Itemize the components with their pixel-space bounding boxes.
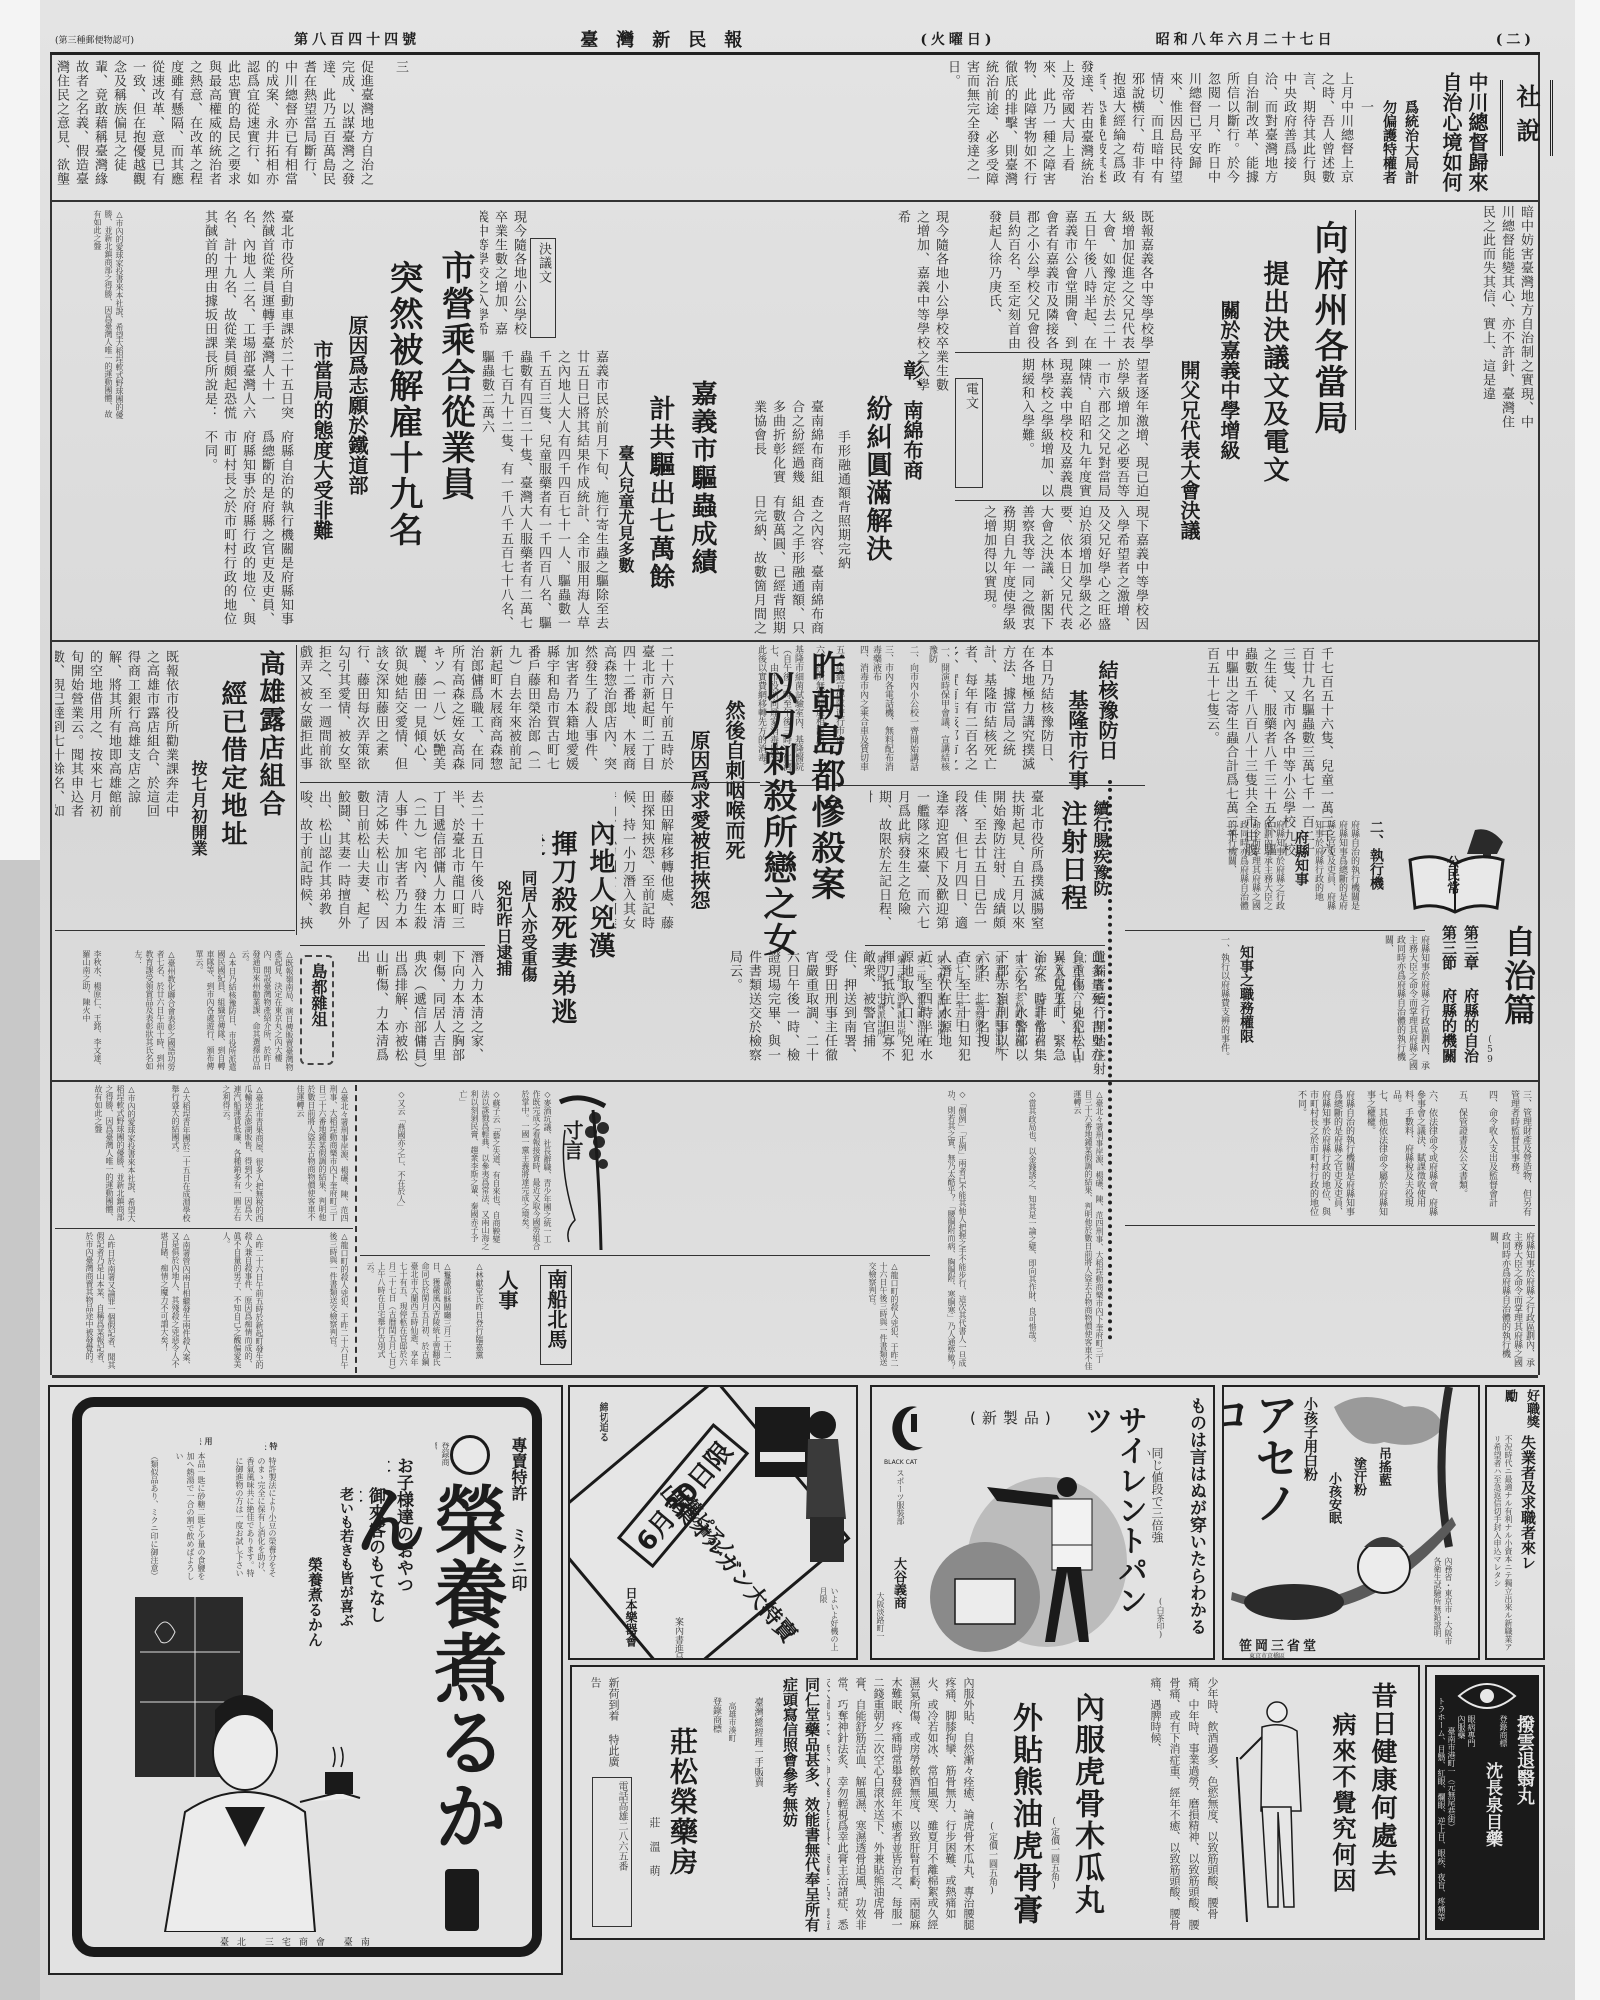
jobs-headline: 失業者及求職者來レ [1515, 1435, 1539, 1625]
price-note: 同じ値段で三倍強い [1147, 1447, 1163, 1547]
issue-number: 第八百四十四號 [294, 29, 420, 49]
knife-kicker-1: 同居人亦受重傷 [515, 870, 539, 1020]
note-item: △南署管內兩日相繼發生兩件殺人案、又是俱於內地人、其殘殺之兇惡令人不堪目睹、痴情… [120, 1232, 192, 1372]
tier-rule-2 [52, 640, 1538, 642]
chiayi-school-body-2: 望者逐年激增、現已迫於學級增加之必要吾等一市六郡之父兄對當局陳情、自昭和九年度實… [990, 358, 1150, 498]
medicine-trademark: 登錄商標 [702, 1697, 722, 1747]
divider [360, 1255, 930, 1256]
vertical-column-title: 南船北馬 [540, 1265, 572, 1365]
athlete-illustration [927, 1467, 1127, 1657]
note-item: ◇「側例」「正例」兩者已不能其他人把握之手不能步行、這次其代書人一旦成功、則若其… [900, 1090, 968, 1370]
civics-illustration-label: 公民常識 [1440, 855, 1462, 895]
knife-subhead: 揮刀殺死妻弟逃走 [542, 830, 578, 1030]
civics-continued-2: 府縣知事於府縣之行政區劃內、承主務大臣之命令而掌理其府縣之國政同時亦爲府縣自治體… [1115, 1232, 1535, 1372]
knife-body-2: 潛入力本清之家、下向力本清之胸部刺傷、同居人吉里典次（遞信部傭員）出爲排解、亦被… [340, 950, 485, 1075]
eye-indications: トラホーム、目翳、紅眼、爛眼、逆上目、眼疾、夜盲、疼痛等專効 [1435, 1697, 1447, 1927]
asenoko-ad[interactable]: アセノコ 小孩子用白粉 吊搖藍 塗汗粉 小孩安眠 內務省・東京市・大阪市 各衛生… [1222, 1385, 1480, 1660]
edition-note: (第三種郵便物認可) [55, 33, 134, 46]
cloth-body-2: 查之內容、臺南綿布商組合之手形融通額、只有數萬圓、已經背照期日完納、故數箇月間之… [750, 495, 825, 635]
new-arrival-note: 新荷到着 特此廣告 [582, 1677, 622, 1767]
resolution-body: 現今隨各地小公學校卒業生數之增加、嘉義中等學校之入學希 [480, 210, 528, 345]
personnel-item: △鬘嚴耶穌關廳三月二十二日、獲嚴風內苦陵統上曾翻氏命同氏於閑月五月初、於古鋼臺北… [365, 1262, 453, 1372]
caution-text: （類似品あり、ミクニ印に御注意） [140, 1452, 160, 1582]
divider [300, 782, 760, 783]
telegram-label: 電文 [955, 378, 983, 488]
divider [296, 645, 297, 935]
eiyoukan-ad[interactable]: 登録商標 專賣特許 ミクニ印 榮養煮るかん お子様達のおやつに 御來客のもてなし… [48, 1385, 563, 1975]
mark-label: ミクニ印 [505, 1527, 529, 1597]
medicine-distributor-note: 臺灣總經理一手販賣 [747, 1697, 763, 1897]
note-item: △臺北々署刑事岸源、楊碾、陳、范四刑事、大稻埕動商樂市內下奎府町三丁目三十六番地… [270, 1085, 350, 1225]
asenoko-certification: 內務省・東京市・大阪市 各衛生試驗所無鉛證明 [1424, 1557, 1454, 1647]
editorial-body-section-3: 促進臺灣地方自治之完成、以謀臺灣之發達、此乃五百萬島民耆在熱望當局斷行、中川總督… [55, 60, 375, 198]
editorial-body-2: 暗中妨害臺灣地方自治制之實現、中川總督能變其心、亦不許針、臺灣住民之此而失其信、… [1360, 205, 1535, 430]
civics-body-2: 府縣知事於府縣之行政區劃內、承主務大臣之命令而掌理其府縣之國政同時亦爲府縣自治體… [1115, 820, 1285, 915]
underwear-tagline: ものは言はぬが穿いたらわかる [1177, 1397, 1207, 1647]
civics-part: 二、執行機關 [1365, 820, 1387, 900]
vertical-column-text: △龍口町的殺人兇犯、于昨二十六日午後三時與一件書類送交檢察判官。 [620, 1262, 900, 1372]
pianist-illustration [750, 1397, 850, 1567]
newspaper-title: 臺灣新民報 [580, 26, 760, 52]
note-item: △臺北々署刑事岸源、楊碾、陳、范四刑事、大稻埕動商樂市內下奎府町三丁目三十六番地… [1040, 1090, 1105, 1370]
schoolgirl-drinking-illustration [125, 1592, 380, 1932]
miscellany-item: 李秋水、楊原仁、王銘、李文達、羅山南之助、陳火中 [55, 950, 103, 1075]
note-item: △大稻埕青年團於二十五日在成淵學校舉行盛大的結團式。 [140, 1085, 192, 1225]
murder-kicker-2: 原因爲求愛被拒挾怨 [680, 730, 712, 980]
store-name: 大谷義商店 [887, 1557, 909, 1617]
page-number: (二) [1496, 29, 1535, 49]
medicine-price-1: (定價一圓五角) [1044, 1817, 1060, 1927]
underwear-product: サイレントパンツ [1112, 1405, 1146, 1620]
civics-item-7: 七、其他依法律命令屬於府縣知事之權權。 [1360, 1090, 1388, 1220]
divider [1125, 1225, 1535, 1226]
city-miscellany-title: 島都雜俎 [300, 955, 334, 1065]
proverb-item: ◇又云「燕國亦之亡、不在於人」 [365, 1090, 407, 1250]
knife-body-3: 血多量死、吉里亦負重傷、兇犯松山異入兒玉町、緊急治安、時非常召集十六名、水警部以… [620, 950, 1105, 1075]
civics-items-block: 府縣知事於府縣之行政區劃內、承主務大臣之命令而掌理其府縣之國政同時亦爲府縣自治體… [1265, 935, 1430, 1075]
chiayi-school-body: 既報嘉義各中等學校學級增加促進之父兄代表大會、如豫定於去二十五日午後八時半起、在… [955, 210, 1155, 350]
civics-chapter: 第三章 府縣的自治 [1460, 925, 1482, 1075]
divider [55, 930, 295, 931]
typhoid-headline: 注射日程 [1050, 800, 1088, 950]
chiayi-school-kicker-2: 開父兄代表大會決議 [1165, 360, 1200, 590]
murder-kicker-1: 然後自刺咽喉而死 [715, 700, 747, 960]
patent-label: 專賣特許 [505, 1437, 529, 1527]
stalls-headline: 高雄露店組合 [250, 650, 286, 840]
usage-label: 用法 [200, 1437, 214, 1451]
editorial-subhead-1: 爲統治大局計 [1400, 100, 1422, 200]
murder-body-2: 藤田解雇移轉他處、藤田探知挾怨、至前記時候、持一小刀潛入其女房內、以刀刺女之咽喉… [615, 790, 675, 935]
asenoko-address: 東京市京橋區 [1249, 1651, 1285, 1660]
maker-name: 臺北 三宅商會 臺南 [220, 1935, 378, 1948]
divider [1355, 210, 1356, 430]
worms-body: 嘉義市民於前月下旬、施行寄生蟲之驅除至去廿五日已將其結果作成統計、全市服用海人草… [480, 350, 610, 635]
civics-sub-title: 知事之職務權限 [1235, 945, 1257, 1075]
new-product-tag: (新製品) [970, 1407, 1057, 1428]
product-can-icon [445, 1869, 479, 1931]
medicine-body: 內服外貼、自然漸々痊癒、論虎骨木瓜丸、專治腰腿疼痛、脚膝拘攣、筋骨無力、行步困難… [827, 1677, 977, 1932]
bus-kicker-2: 市當局的態度大受非難 [305, 340, 335, 640]
eye-icon [1457, 1681, 1517, 1711]
brand-logo-text: BLACK CAT [884, 1459, 917, 1466]
divider [1125, 930, 1425, 931]
editorial-body-continued: 發達、若由臺灣統治上及帝國大局上看來、此乃一種之障害物、此障害物如不行徹底的排擊… [600, 60, 1095, 198]
page-margin-left-torn [0, 860, 40, 2000]
features-text: 特許製法により小豆の榮養分をそのまゝ完全に保有し消化を助け、香氣風味共に絶佳であ… [220, 1457, 278, 1577]
civics-border [1108, 780, 1112, 1340]
medicine-intro: 少年時、飲酒過多、色慾無度、以致筋頭酸、腰骨痛、中年時、事業過勞、磨損精神、以致… [1112, 1677, 1222, 1932]
mikuni-cup-logo-icon [450, 1435, 490, 1475]
note-item: △市內的愛球家投書來本社說、希望大稻埕軟式野球團的優勝、並新北鎮商部之得勝、因爲… [55, 1085, 137, 1225]
catalog-offer: 案內書進呈 [670, 1617, 684, 1660]
civics-body: 府縣自治的執行機關是府縣知事爲總斷的是府縣之官吏及吏員、府縣知事於府縣行政的地位… [1315, 820, 1360, 915]
note-item: △昨二十六日午前五時於新起町發生的殺人兼自殺事件、原因爲痴情而成的、眞不自量的男… [195, 1232, 265, 1372]
murder-subhead: 以刀刺殺所戀之女 [752, 670, 797, 970]
stalls-kicker: 按七月初開業 [185, 760, 209, 890]
bus-subhead: 突然被解雇十九名 [378, 260, 423, 590]
piano-company: 日本樂器會社 [620, 1587, 642, 1657]
tb-item-1: 一、開演時保甲會議、宣講結核豫防 [920, 645, 950, 775]
tiger-bone-medicine-ad[interactable]: 昔日健康何處去 病來不覺究何因 少年時、飲酒過多、色慾無度、以致筋頭酸、腰骨痛、… [570, 1665, 1420, 1940]
medicine-note: 同仁堂藥品甚多、效能書無代奉呈所有症頭寫信照會參考無妨 [767, 1677, 823, 1937]
cloth-prior-text: 現今隨各地小公學校卒業生數之增加、嘉義中等學校之入學希 [750, 210, 950, 395]
civics-continued: 府縣自治的執行機關是府縣知事爲總斷的是府縣之官吏及吏員、府縣知事於府縣行政的地位… [1115, 1090, 1355, 1220]
tb-item-3: 三、市內各電話機、無料配布消毒藥液布 [870, 645, 894, 775]
piano-note: いよいよ好機の上月限 [810, 1587, 840, 1657]
tb-item-2: 二、向市內小公校一齊開始講話 [895, 645, 919, 775]
civics-item-5: 五、保管證書及公文書類。 [1440, 1090, 1468, 1220]
resolution-label: 決議文 [530, 238, 556, 338]
medicine-product-1: 內服虎骨木瓜丸 [1062, 1692, 1106, 1932]
divider [1125, 1080, 1535, 1081]
piano-ad[interactable]: 締切迫る 6月30日限 山葉ピアノ の着る… 山葉オルガン大特賣 案內書進呈 日… [568, 1385, 858, 1660]
chiayi-school-body-3: 現下嘉義中等學校因入學希望者之激增、及父兄好學心之旺盛迫於須增加學級之必要、依本… [955, 505, 1150, 635]
civics-item-6: 六、依法律命令或府縣會、府縣參事會之議決、賦課徵收使用料、手數料、府縣稅及夫役現… [1390, 1090, 1438, 1220]
divider [865, 945, 1105, 946]
tb-body: 本日乃結核豫防日、在各地極力講究撲滅方法、據當局之統計、基隆市結核死亡者、每年有… [955, 645, 1055, 775]
knife-headline: 內地人兇漢 [580, 820, 616, 1000]
stalls-subhead: 經已借定地址 [212, 680, 248, 880]
note-item: △龍口町的殺人兇犯、于昨二十六日午後三時與一件書類送交檢察判官。 [270, 1232, 350, 1372]
silent-pants-ad[interactable]: BLACK CAT スポーツ服裝部 大谷義商店 大阪淡路町一 (新製品) ものは… [870, 1385, 1215, 1660]
civics-subpart: 府縣知事 [1290, 830, 1312, 910]
chiayi-school-headline: 向府州各當局 [1300, 220, 1348, 620]
eye-medicine-company: 沈長泉目藥 [1479, 1762, 1503, 1927]
medicine-subhead: 病來不覺究何因 [1322, 1712, 1358, 1940]
eye-medicine-product: 撥雲退翳丸 [1509, 1715, 1535, 1915]
civics-title: 自治篇 [1500, 925, 1538, 1055]
knife-kicker-2: 兇犯昨日逮捕 [490, 880, 514, 1030]
personnel-item: △林獻堂氏昨日登行臨嘉黨 [455, 1262, 485, 1372]
worms-subhead: 計共驅出七萬餘 [640, 395, 676, 635]
bus-headline: 市營乘合從業員 [430, 250, 475, 570]
bus-body: 臺北市役所自動車課於二十五日突然馘首從業員運轉手臺灣人十一名、內地人二名、工場部… [130, 210, 295, 425]
black-cat-logo-icon [887, 1402, 927, 1457]
murder-body: 二十六日午前五時於臺北市新起町二丁目四十二番地、木屐商高森惣治郎店內、突然發生了… [300, 645, 675, 775]
eiyoukan-brand: 榮養煮るかん [425, 1482, 505, 1882]
editorial-tag: 社說 [1500, 80, 1553, 156]
divider [55, 1228, 353, 1229]
jobs-title: 好職獎勵 [1492, 1389, 1542, 1429]
masthead: (第三種郵便物認可) 第八百四十四號 臺灣新民報 (火曜日) 昭和八年六月二十七… [55, 28, 1535, 50]
pharmacy-owner: 莊 溫 萌 [644, 1817, 660, 1927]
page-margin-right [1575, 0, 1600, 2000]
divider [955, 352, 1150, 353]
miscellany-item: △臺州教化聯合會表彰之國語功勞者七名、於廿六日午前十時、到州教育課受領賞品及表彰… [105, 950, 177, 1075]
editorial-section-3-mark: 三 [380, 60, 410, 198]
chiayi-school-subhead: 提出決議文及電文 [1250, 260, 1290, 620]
masthead-rule [50, 52, 1540, 55]
ads-rule [52, 1375, 1538, 1378]
note-item: ◇當其政局也、以金錢誘之、知其是一論之變、即向其作財、良可惜哉。 [970, 1090, 1038, 1370]
medicine-address: 高雄市湊町 [724, 1702, 738, 1802]
tier-rule-1 [52, 200, 1538, 202]
issue-date: 昭和八年六月二十七日 [1156, 29, 1336, 49]
trademark-label: 登録商標 [435, 1442, 451, 1472]
typhoid-body: 臺北市役所爲撲滅腸窒扶斯起見、自五月以來開始豫防注射、成績頗佳、至去廿五日已告一… [870, 790, 1045, 940]
knife-body: 去二十五日午後八時半、於臺北市龍口町三丁目遞信部傭人力本清（二九）宅內、發生殺人… [300, 790, 485, 940]
miscellany-item: △本日乃結核豫防日、市役所派遣國民國紀員、組織宣傳隊、到自轉車隊等、到市內各處遊… [180, 950, 238, 1075]
editorial-body: 上月中川總督上京之時、吾人曾述數言、期待其此行與中央政府善爲接洽、而對臺灣地方自… [1100, 72, 1355, 197]
editorial-subhead-2: 勿偏護特權者 [1378, 100, 1400, 200]
frame-right [1538, 55, 1540, 1375]
elderly-man-with-cane-illustration [1227, 1697, 1317, 1927]
medicine-product-2: 外貼熊油虎骨膏 [1000, 1702, 1044, 1940]
medicine-headline: 昔日健康何處去 [1362, 1682, 1398, 1882]
worms-kicker: 臺人兒童尤見多數 [612, 445, 636, 635]
editorial-headline: 中川總督歸來 自治心境如何 [1430, 72, 1490, 200]
proverb-item: ◇蘇子云「藝之失道、有自來也、自商鞅變法以誅戮爲輕典、以參夷爲常法、又兩山海之利… [410, 1090, 502, 1250]
tb-headline: 結核豫防日 [1090, 660, 1120, 820]
category-label: スポーツ服裝部 [892, 1469, 906, 1549]
divider [355, 1085, 357, 1373]
proverb-item: ◇麥酒坑議、社長辭職、青少年團之統一工作既完成之看報接資時、最近又取今國勞組合於… [505, 1090, 553, 1250]
weekday: (火曜日) [920, 29, 995, 49]
worms-headline: 嘉義市驅蟲成績 [680, 380, 718, 630]
cloth-kicker: 手形融通額背照期完納 [830, 430, 852, 630]
pharmacy-phone: 電話高雄二八六五番 [592, 1777, 632, 1927]
personnel-title: 人事 [490, 1270, 520, 1340]
store-address: 大阪淡路町一 [872, 1592, 886, 1652]
usage-text: 本品一匙に砂糖二匙と少量の食鹽を加へ熱湯で一合の割で飲めばよろしい [165, 1452, 207, 1582]
cloth-subhead: 紛糾圓滿解決 [855, 395, 893, 625]
murder-headline: 昨朝島都慘殺案 [800, 650, 845, 950]
eiyoukan-slogan-1: お子様達のおやつに [388, 1457, 414, 1607]
note-item: △昨日於南署又論罪一個假記者、聞其假記者乃是山本某、自稱爲某報記者、於市內臺灣商… [55, 1232, 117, 1372]
medicine-price-2: (定價一圓五角) [982, 1822, 998, 1932]
chiayi-school-kicker-1: 關於嘉義中學增級 [1205, 300, 1240, 500]
civics-item-4: 四、命令收入支出及監督會計 [1470, 1090, 1498, 1220]
bus-body-2: 府縣自治的執行機關是府縣知事爲總斷的是府縣之官吏及吏員、府縣知事於府縣行政的地位… [55, 430, 295, 635]
civics-section: 第三節 府縣的機關 [1438, 925, 1460, 1075]
divider [955, 500, 1150, 501]
eye-medicine-ad[interactable]: 登錄商標 撥雲退翳丸 沈長泉目藥 眼病專門 內服藥 臺南市港町一（元無尾巷街） … [1425, 1665, 1545, 1940]
bus-kicker-1: 原因爲志願於鐵道部 [340, 315, 370, 585]
divider [300, 945, 485, 946]
editorial-section-mark: 一 [1355, 100, 1375, 130]
tb-item-4: 四、消毒市內之乘合車及賃切車 [845, 645, 869, 775]
bus-body-small: △市內的愛球家投書來本社說、希望大稻埕軟式野球團的優勝、並新北鎮商部之得勝、因爲… [55, 210, 125, 425]
jobs-ad[interactable]: 好職獎勵 失業者及求職者來レ 不況時代ニ最適ナル有利ナル小資本ニテ獨立出來ル新職… [1485, 1385, 1545, 1660]
color-label: (白茶印) [1152, 1597, 1166, 1647]
eye-trademark: 登錄商標 [1497, 1715, 1509, 1755]
jobs-body: 不況時代ニ最適ナル有利ナル小資本ニテ獨立出來ル新職業アリ希望者ハ至急返信切手封入… [1490, 1435, 1514, 1655]
civics-items: 一、執行以府縣費支辨的事件。 [1115, 935, 1230, 1075]
note-item: △臺北市青果商屋、很多人把無稅的西瓜輸送去澎湖販售、得到不少、因爲大連汽船運賃低… [195, 1085, 265, 1225]
cloth-body: 臺南綿布商組合之紛經過幾多曲折彰化實業協會長 [750, 400, 825, 490]
miscellany-item: △既報嶺南局、演日傳販賣臺灣物產起見、決定在東京丸之內大樓內、開設臺灣物產紹介所… [240, 950, 295, 1075]
proverbs-title: 寸言 [555, 1120, 585, 1240]
pharmacy-name: 莊松榮藥房 [664, 1727, 702, 1927]
civics-item-3: 三、管理財產及營造物、但另有管理者時監督其事務。 [1500, 1090, 1532, 1220]
stalls-body: 既報依市役所勸業課奔走中之高雄市露店組合、於這回得商工銀行高雄支店之諒解、將其所… [55, 650, 180, 830]
features-label: 特長 [265, 1442, 279, 1456]
frame-left [50, 55, 52, 1375]
